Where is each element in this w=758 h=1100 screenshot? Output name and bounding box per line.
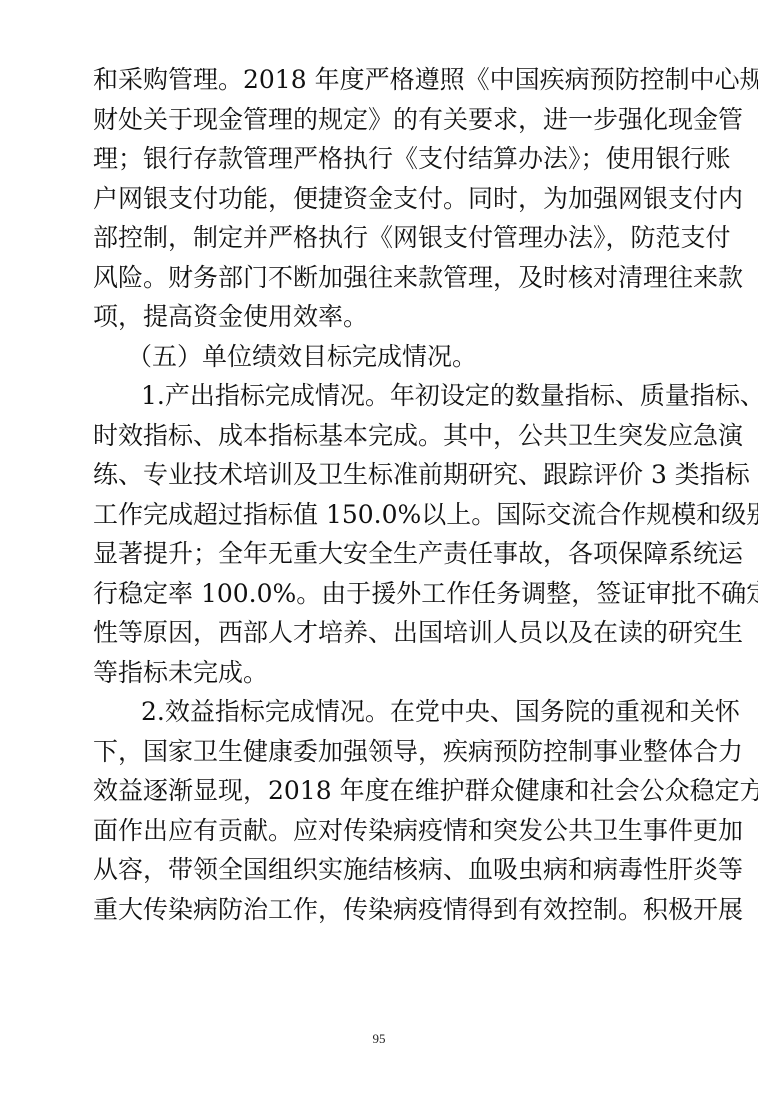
paragraph-start: 2.效益指标完成情况。在党中央、国务院的重视和关怀 (93, 692, 667, 732)
body-text: 和采购管理。2018 年度严格遵照《中国疾病预防控制中心规 财处关于现金管理的规… (93, 60, 667, 929)
text-line: 部控制，制定并严格执行《网银支付管理办法》，防范支付 (93, 218, 667, 258)
text-line: 重大传染病防治工作，传染病疫情得到有效控制。积极开展 (93, 890, 667, 930)
text-line: 和采购管理。2018 年度严格遵照《中国疾病预防控制中心规 (93, 60, 667, 100)
page-number: 95 (0, 1031, 758, 1047)
text-line: 理；银行存款管理严格执行《支付结算办法》；使用银行账 (93, 139, 667, 179)
text-line: 工作完成超过指标值 150.0%以上。国际交流合作规模和级别 (93, 495, 667, 535)
text-line: 练、专业技术培训及卫生标准前期研究、跟踪评价 3 类指标 (93, 455, 667, 495)
text-line: 财处关于现金管理的规定》的有关要求，进一步强化现金管 (93, 100, 667, 140)
document-page: 和采购管理。2018 年度严格遵照《中国疾病预防控制中心规 财处关于现金管理的规… (0, 0, 758, 1100)
text-line: 下，国家卫生健康委加强领导，疾病预防控制事业整体合力 (93, 732, 667, 772)
paragraph-start: 1.产出指标完成情况。年初设定的数量指标、质量指标、 (93, 376, 667, 416)
text-line: 效益逐渐显现，2018 年度在维护群众健康和社会公众稳定方 (93, 771, 667, 811)
text-line: 户网银支付功能，便捷资金支付。同时，为加强网银支付内 (93, 179, 667, 219)
text-line: 时效指标、成本指标基本完成。其中，公共卫生突发应急演 (93, 416, 667, 456)
section-heading: （五）单位绩效目标完成情况。 (93, 337, 667, 377)
text-line: 行稳定率 100.0%。由于援外工作任务调整，签证审批不确定 (93, 574, 667, 614)
text-line: 项，提高资金使用效率。 (93, 297, 667, 337)
text-line: 性等原因，西部人才培养、出国培训人员以及在读的研究生 (93, 613, 667, 653)
text-line: 从容，带领全国组织实施结核病、血吸虫病和病毒性肝炎等 (93, 850, 667, 890)
text-line: 面作出应有贡献。应对传染病疫情和突发公共卫生事件更加 (93, 811, 667, 851)
text-line: 显著提升；全年无重大安全生产责任事故，各项保障系统运 (93, 534, 667, 574)
text-line: 等指标未完成。 (93, 653, 667, 693)
text-line: 风险。财务部门不断加强往来款管理，及时核对清理往来款 (93, 258, 667, 298)
